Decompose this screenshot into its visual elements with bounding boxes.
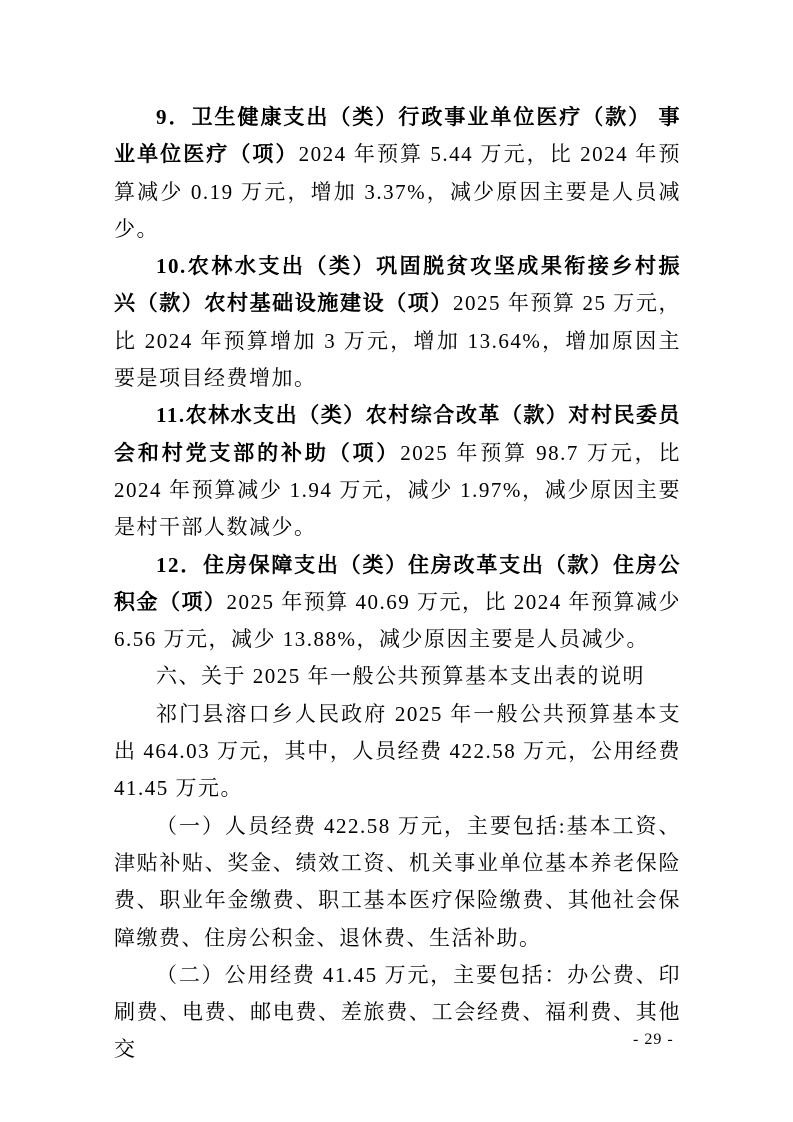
budget-item-9: 9．卫生健康支出（类）行政事业单位医疗（款） 事业单位医疗（项）2024 年预算… <box>114 99 681 248</box>
budget-item-12: 12．住房保障支出（类）住房改革支出（款）住房公积金（项）2025 年预算 40… <box>114 547 681 659</box>
basic-expenditure-intro: 祁门县溶口乡人民政府 2025 年一般公共预算基本支出 464.03 万元，其中… <box>114 696 681 808</box>
personnel-expense-paragraph: （一）人员经费 422.58 万元，主要包括:基本工资、津贴补贴、奖金、绩效工资… <box>114 808 681 957</box>
budget-item-10: 10.农林水支出（类）巩固脱贫攻坚成果衔接乡村振兴（款）农村基础设施建设（项）2… <box>114 248 681 397</box>
page-number: - 29 - <box>633 1031 674 1049</box>
document-body: 9．卫生健康支出（类）行政事业单位医疗（款） 事业单位医疗（项）2024 年预算… <box>114 99 681 1069</box>
section-six-heading: 六、关于 2025 年一般公共预算基本支出表的说明 <box>114 658 681 695</box>
public-expense-paragraph: （二）公用经费 41.45 万元，主要包括：办公费、印刷费、电费、邮电费、差旅费… <box>114 957 681 1069</box>
document-page: 9．卫生健康支出（类）行政事业单位医疗（款） 事业单位医疗（项）2024 年预算… <box>0 0 793 1122</box>
budget-item-11: 11.农林水支出（类）农村综合改革（款）对村民委员会和村党支部的补助（项）202… <box>114 397 681 546</box>
